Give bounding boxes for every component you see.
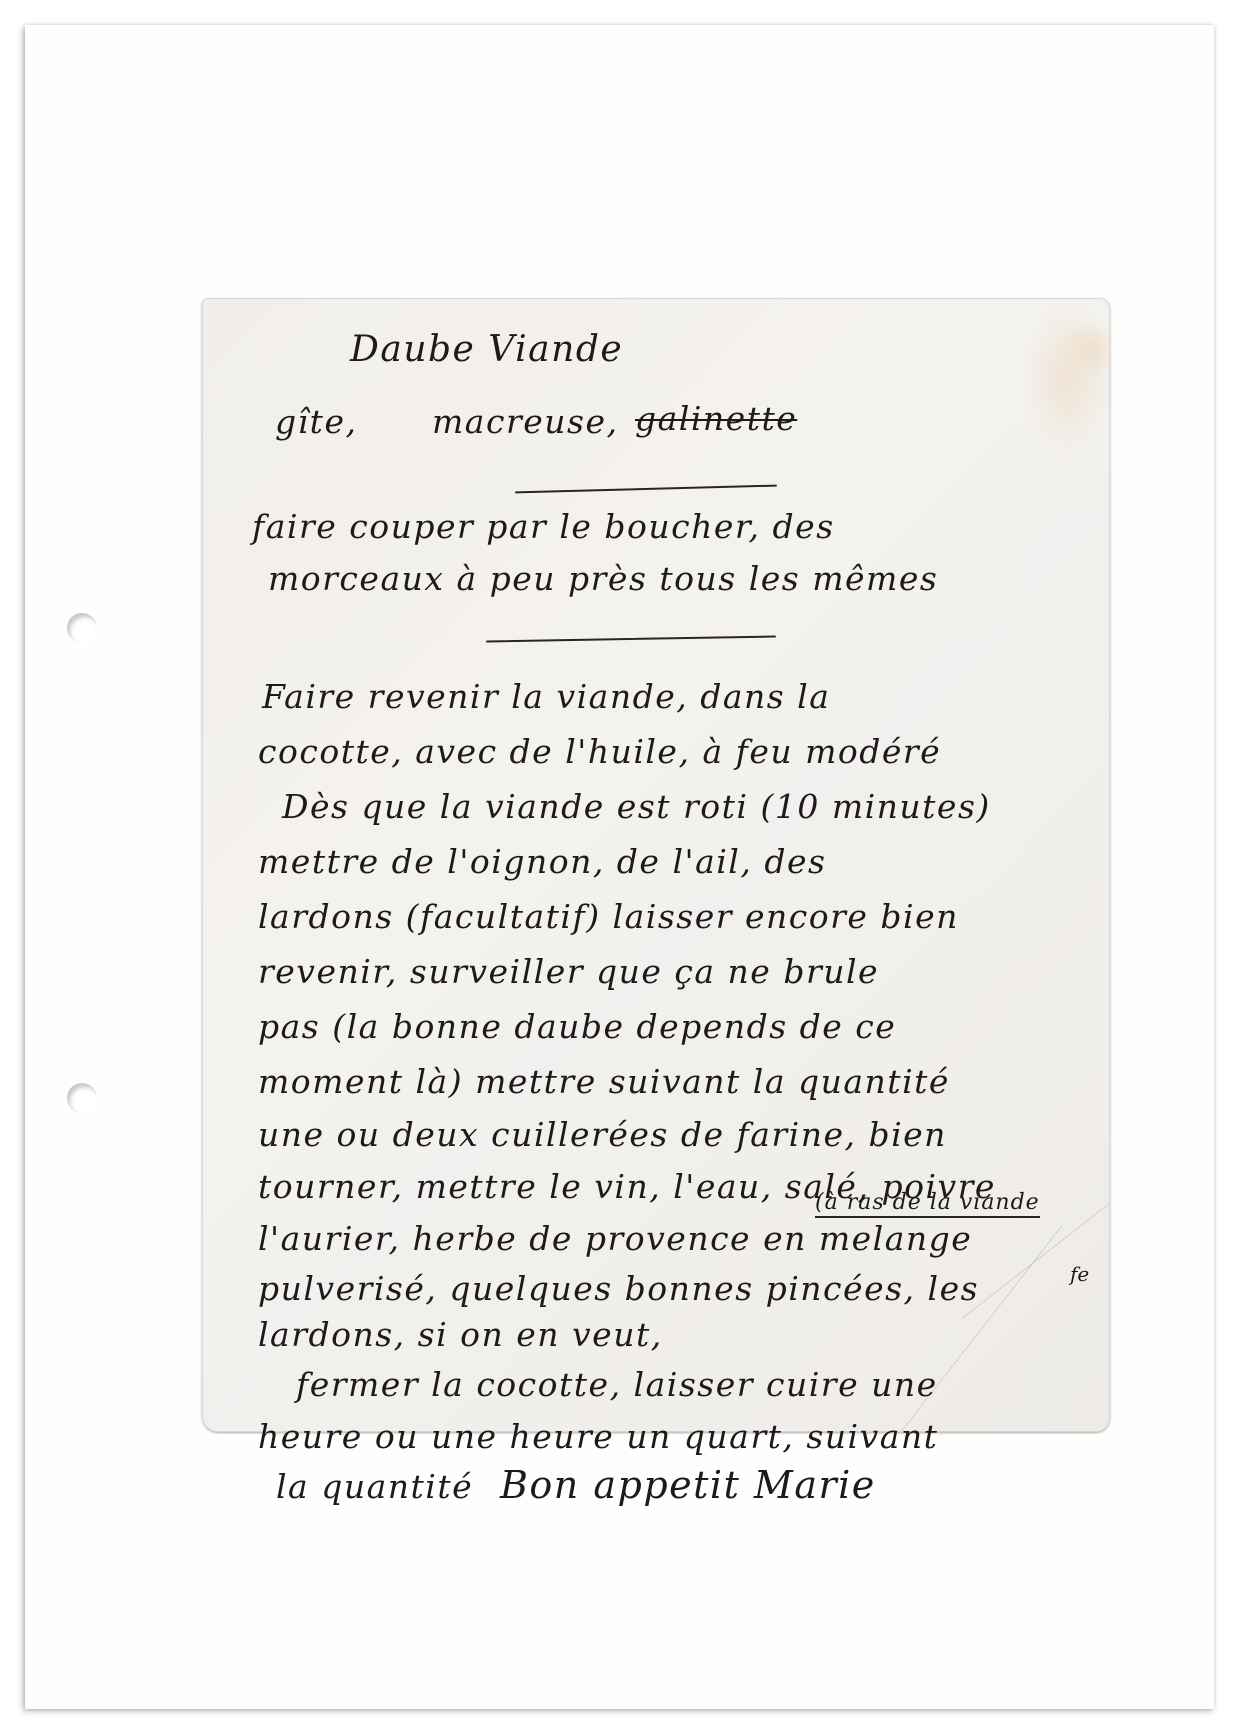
margin-mark: fe [1070, 1262, 1089, 1286]
cut-gite: gîte, [275, 405, 357, 438]
body-line-8: moment là) mettre suivant la quantité [258, 1065, 950, 1098]
body-line-6: revenir, surveiller que ça ne brule [258, 955, 879, 988]
body-line-7: pas (la bonne daube depends de ce [258, 1010, 896, 1043]
body-line-12: pulverisé, quelques bonnes pincées, les [258, 1272, 979, 1305]
body-line-16: la quantité [276, 1470, 473, 1503]
cut-galinette-struck: galinette [635, 402, 797, 435]
punch-hole-top [67, 613, 97, 643]
intro-line-1: faire couper par le boucher, des [252, 510, 835, 543]
signature: Bon appetit Marie [500, 1466, 876, 1504]
body-line-14: fermer la cocotte, laisser cuire une [296, 1368, 938, 1401]
body-line-5: lardons (facultatif) laisser encore bien [258, 900, 959, 933]
body-line-13: lardons, si on en veut, [258, 1318, 663, 1351]
recipe-title: Daube Viande [350, 332, 623, 368]
body-line-9: une ou deux cuillerées de farine, bien [258, 1118, 947, 1151]
body-line-4: mettre de l'oignon, de l'ail, des [258, 845, 826, 878]
punch-hole-bottom [67, 1083, 97, 1113]
cut-macreuse: macreuse, [432, 405, 618, 438]
margin-annotation: (à ras de la viande [815, 1192, 1040, 1218]
intro-line-2: morceaux à peu près tous les mêmes [268, 562, 938, 595]
body-line-1: Faire revenir la viande, dans la [262, 680, 830, 713]
body-line-3: Dès que la viande est roti (10 minutes) [282, 790, 991, 823]
body-line-11: l'aurier, herbe de provence en melange [258, 1222, 972, 1255]
body-line-2: cocotte, avec de l'huile, à feu modéré [258, 735, 941, 768]
body-line-15: heure ou une heure un quart, suivant [258, 1420, 938, 1453]
